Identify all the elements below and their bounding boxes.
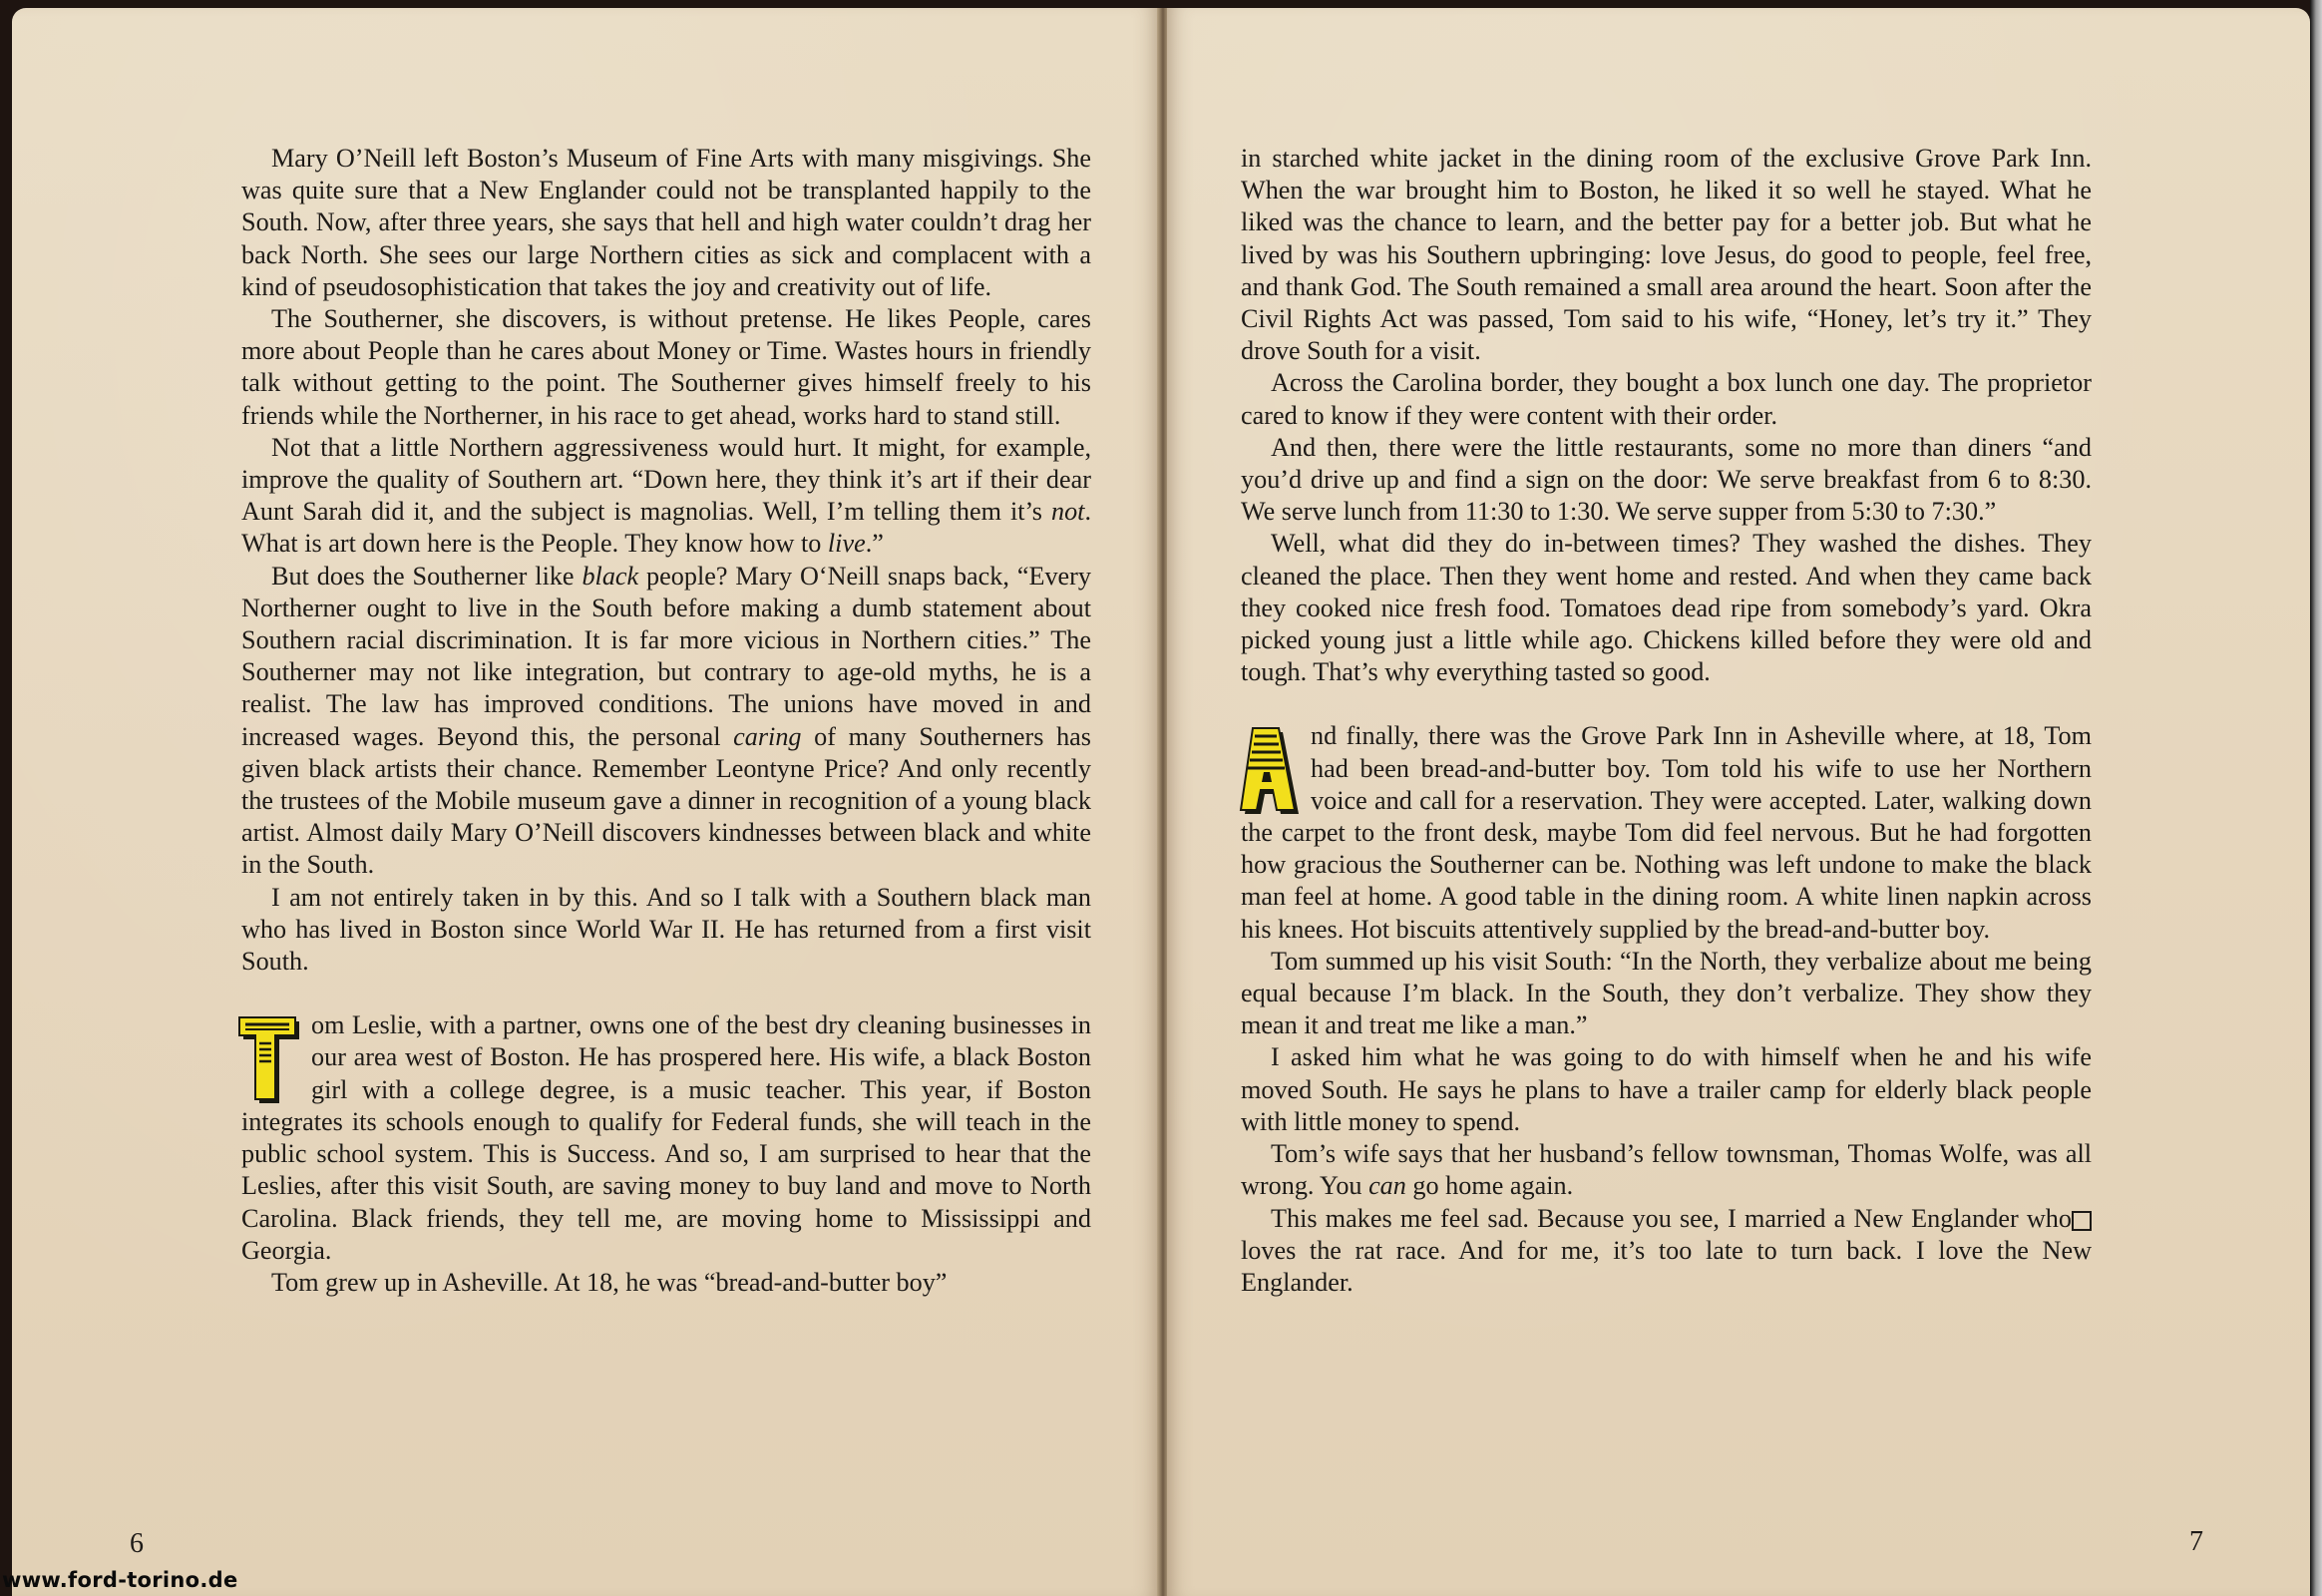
end-of-article-square-icon — [2072, 1211, 2092, 1231]
paragraph: And then, there were the little restaura… — [1241, 432, 2092, 529]
dropcap-a-icon — [1237, 724, 1301, 816]
dropcap-t-icon — [237, 1013, 301, 1105]
italic-text: not — [1051, 497, 1084, 526]
italic-text: caring — [733, 722, 801, 751]
magazine-spread: Mary O’Neill left Boston’s Museum of Fin… — [0, 0, 2322, 1596]
text-run: Not that a little Northern aggressivenes… — [241, 433, 1091, 526]
paragraph: Well, what did they do in-between times?… — [1241, 528, 2092, 688]
text-run: .” — [866, 529, 884, 558]
italic-text: can — [1368, 1171, 1406, 1200]
book-edge — [2310, 0, 2322, 1596]
paragraph-continued: in starched white jacket in the dining r… — [1241, 143, 2092, 367]
paragraph: Mary O’Neill left Boston’s Museum of Fin… — [241, 143, 1091, 303]
right-page-text-column: in starched white jacket in the dining r… — [1241, 143, 2092, 1299]
page-number-right: 7 — [2189, 1526, 2203, 1558]
paragraph: I am not entirely taken in by this. And … — [241, 882, 1091, 979]
paragraph: Tom summed up his visit South: “In the N… — [1241, 946, 2092, 1042]
text-run: But does the Southerner like — [271, 562, 581, 591]
paragraph-final: This makes me feel sad. Because you see,… — [1241, 1203, 2092, 1300]
left-page-text-column: Mary O’Neill left Boston’s Museum of Fin… — [241, 143, 1091, 1299]
italic-text: live — [828, 529, 866, 558]
text-run: go home again. — [1406, 1171, 1573, 1200]
text-run: This makes me feel sad. Because you see,… — [1241, 1204, 2092, 1297]
italic-text: black — [581, 562, 638, 591]
page-number-left: 6 — [130, 1528, 144, 1560]
paragraph: The Southerner, she discovers, is withou… — [241, 303, 1091, 432]
dropcap-body-text: om Leslie, with a partner, owns one of t… — [241, 1010, 1091, 1264]
paragraph: Across the Carolina border, they bought … — [1241, 367, 2092, 431]
paragraph: Not that a little Northern aggressivenes… — [241, 432, 1091, 561]
paragraph: But does the Southerner like black peopl… — [241, 561, 1091, 882]
watermark-url: www.ford-torino.de — [2, 1568, 238, 1592]
dropcap-paragraph: om Leslie, with a partner, owns one of t… — [241, 1009, 1091, 1267]
dropcap-body-text: nd finally, there was the Grove Park Inn… — [1241, 721, 2092, 943]
paragraph: I asked him what he was going to do with… — [1241, 1041, 2092, 1138]
paragraph: Tom’s wife says that her husband’s fello… — [1241, 1138, 2092, 1202]
dropcap-paragraph: nd finally, there was the Grove Park Inn… — [1241, 720, 2092, 945]
dropcap-letter-t — [237, 1013, 301, 1105]
paragraph: Tom grew up in Asheville. At 18, he was … — [241, 1267, 1091, 1299]
dropcap-letter-a — [1237, 724, 1301, 816]
